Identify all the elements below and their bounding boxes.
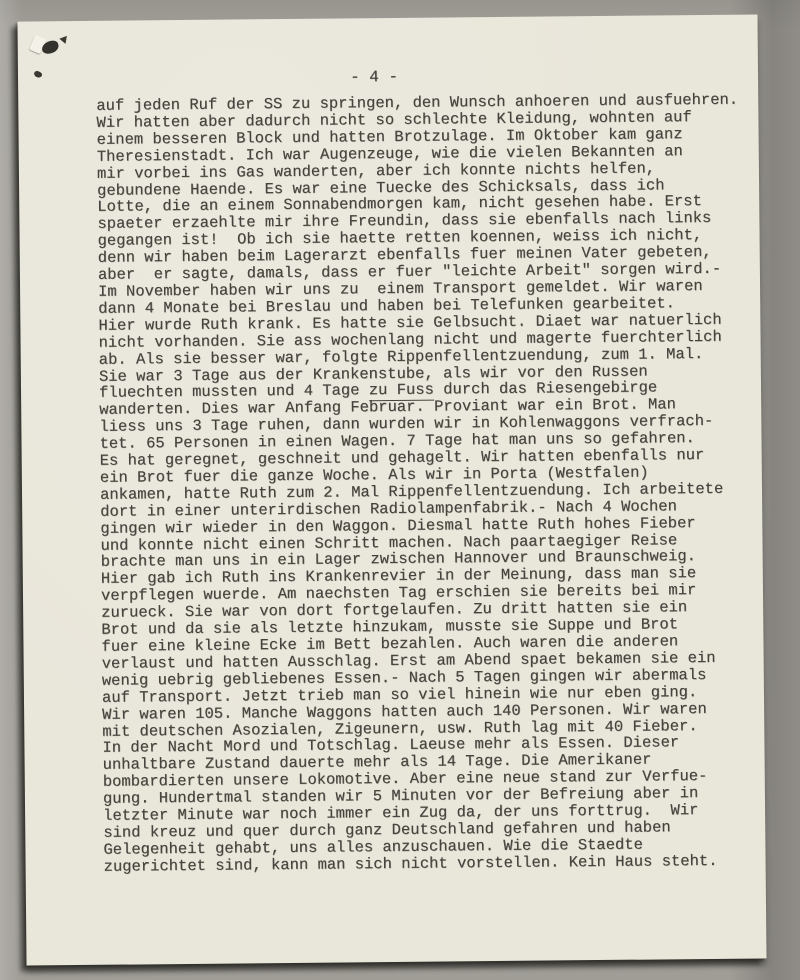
- document-body: auf jeden Ruf der SS zu springen, den Wu…: [96, 92, 755, 876]
- ink-speck-mark: [33, 70, 43, 79]
- scan-background: - 4 - auf jeden Ruf der SS zu springen, …: [0, 0, 800, 980]
- page-number: - 4 -: [350, 68, 398, 86]
- document-page: - 4 - auf jeden Ruf der SS zu springen, …: [17, 14, 766, 965]
- ink-dot-mark: [59, 33, 70, 43]
